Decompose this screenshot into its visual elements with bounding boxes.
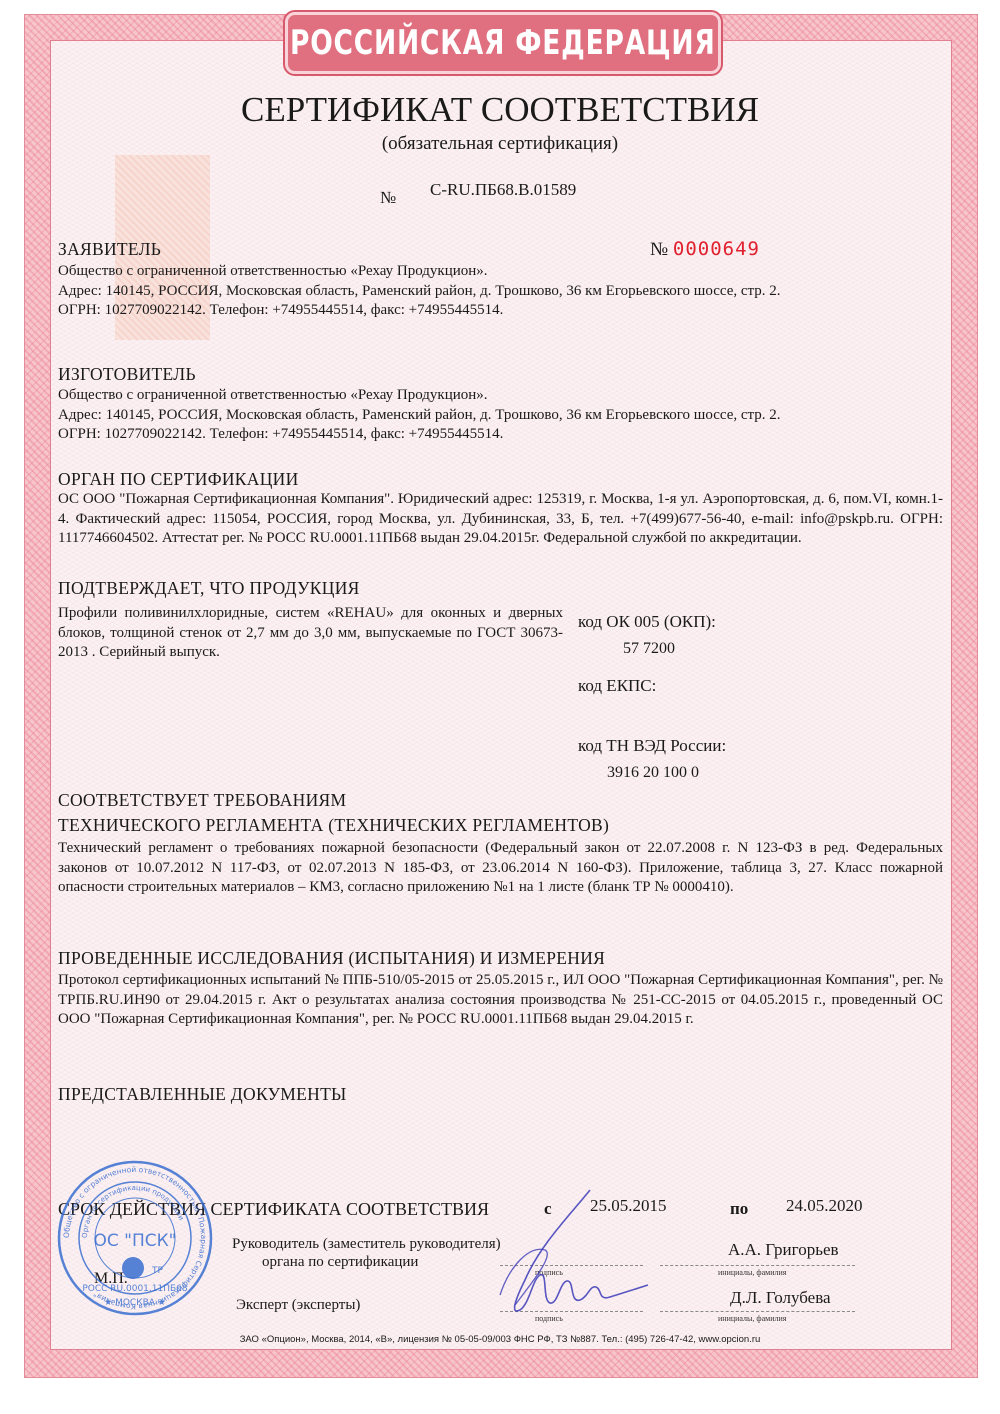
compliance-heading-line1: СООТВЕТСТВУЕТ ТРЕБОВАНИЯМ xyxy=(58,790,346,811)
official-seal-icon: Общество с ограниченной ответственностью… xyxy=(55,1158,215,1318)
applicant-name: Общество с ограниченной ответственностью… xyxy=(58,262,958,282)
applicant-address: Адрес: 140145, РОССИЯ, Московская област… xyxy=(58,282,958,302)
svg-text:★ МОСКВА ★: ★ МОСКВА ★ xyxy=(104,1298,166,1308)
okp-code-label: код ОК 005 (ОКП): xyxy=(578,612,716,632)
manufacturer-details: Общество с ограниченной ответственностью… xyxy=(58,386,958,445)
certificate-subtitle: (обязательная сертификация) xyxy=(0,133,1000,155)
okp-code-value: 57 7200 xyxy=(623,640,675,658)
validity-to-label: по xyxy=(730,1199,748,1219)
manufacturer-name: Общество с ограниченной ответственностью… xyxy=(58,386,958,406)
applicant-details: Общество с ограниченной ответственностью… xyxy=(58,262,958,321)
manufacturer-heading: ИЗГОТОВИТЕЛЬ xyxy=(58,364,196,385)
serial-value: 0000649 xyxy=(673,238,760,260)
expert-name: Д.Л. Голубева xyxy=(730,1288,831,1308)
svg-text:РОСС RU.0001.11ПБ68: РОСС RU.0001.11ПБ68 xyxy=(82,1284,188,1294)
head-name: А.А. Григорьев xyxy=(728,1240,839,1260)
ekps-code-label: код ЕКПС: xyxy=(578,676,656,696)
head-name-caption: инициалы, фамилия xyxy=(718,1268,786,1277)
product-heading: ПОДТВЕРЖДАЕТ, ЧТО ПРОДУКЦИЯ xyxy=(58,578,360,599)
printer-footer: ЗАО «Опцион», Москва, 2014, «В», лицензи… xyxy=(0,1334,1000,1345)
expert-name-caption: инициалы, фамилия xyxy=(718,1314,786,1323)
validity-to-date: 24.05.2020 xyxy=(786,1196,863,1216)
tnved-code-label: код ТН ВЭД России: xyxy=(578,736,726,756)
certification-body-heading: ОРГАН ПО СЕРТИФИКАЦИИ xyxy=(58,469,299,490)
tnved-code-value: 3916 20 100 0 xyxy=(607,764,699,782)
manufacturer-address: Адрес: 140145, РОССИЯ, Московская област… xyxy=(58,406,958,426)
blank-serial-number: № 0000649 xyxy=(650,238,760,261)
svg-text:ОС "ПСК": ОС "ПСК" xyxy=(93,1231,176,1251)
applicant-heading: ЗАЯВИТЕЛЬ xyxy=(58,239,161,260)
documents-heading: ПРЕДСТАВЛЕННЫЕ ДОКУМЕНТЫ xyxy=(58,1084,347,1105)
certificate-title: СЕРТИФИКАТ СООТВЕТСТВИЯ xyxy=(0,90,1000,130)
tests-text: Протокол сертификационных испытаний № ПП… xyxy=(58,971,943,1030)
head-label-line1: Руководитель (заместитель руководителя) xyxy=(232,1236,501,1253)
number-sign: № xyxy=(380,188,396,208)
country-banner: РОССИЙСКАЯ ФЕДЕРАЦИЯ xyxy=(285,12,721,74)
certification-body-text: ОС ООО "Пожарная Сертификационная Компан… xyxy=(58,490,943,549)
head-label-line2: органа по сертификации xyxy=(262,1254,418,1271)
serial-sign: № xyxy=(650,239,668,260)
handwritten-signature-icon xyxy=(470,1185,650,1325)
svg-text:ТР: ТР xyxy=(151,1266,163,1276)
banner-text: РОССИЙСКАЯ ФЕДЕРАЦИЯ xyxy=(290,23,716,63)
expert-name-line xyxy=(660,1311,855,1312)
manufacturer-contacts: ОГРН: 1027709022142. Телефон: +749554455… xyxy=(58,425,958,445)
head-name-line xyxy=(660,1265,855,1266)
expert-label: Эксперт (эксперты) xyxy=(236,1297,360,1314)
certificate-number: C-RU.ПБ68.В.01589 xyxy=(430,180,576,200)
compliance-heading-line2: ТЕХНИЧЕСКОГО РЕГЛАМЕНТА (ТЕХНИЧЕСКИХ РЕГ… xyxy=(58,815,609,836)
product-description: Профили поливинилхлоридные, систем «REHA… xyxy=(58,604,563,663)
applicant-contacts: ОГРН: 1027709022142. Телефон: +749554455… xyxy=(58,301,958,321)
tests-heading: ПРОВЕДЕННЫЕ ИССЛЕДОВАНИЯ (ИСПЫТАНИЯ) И И… xyxy=(58,948,605,969)
compliance-text: Технический регламент о требованиях пожа… xyxy=(58,839,943,898)
